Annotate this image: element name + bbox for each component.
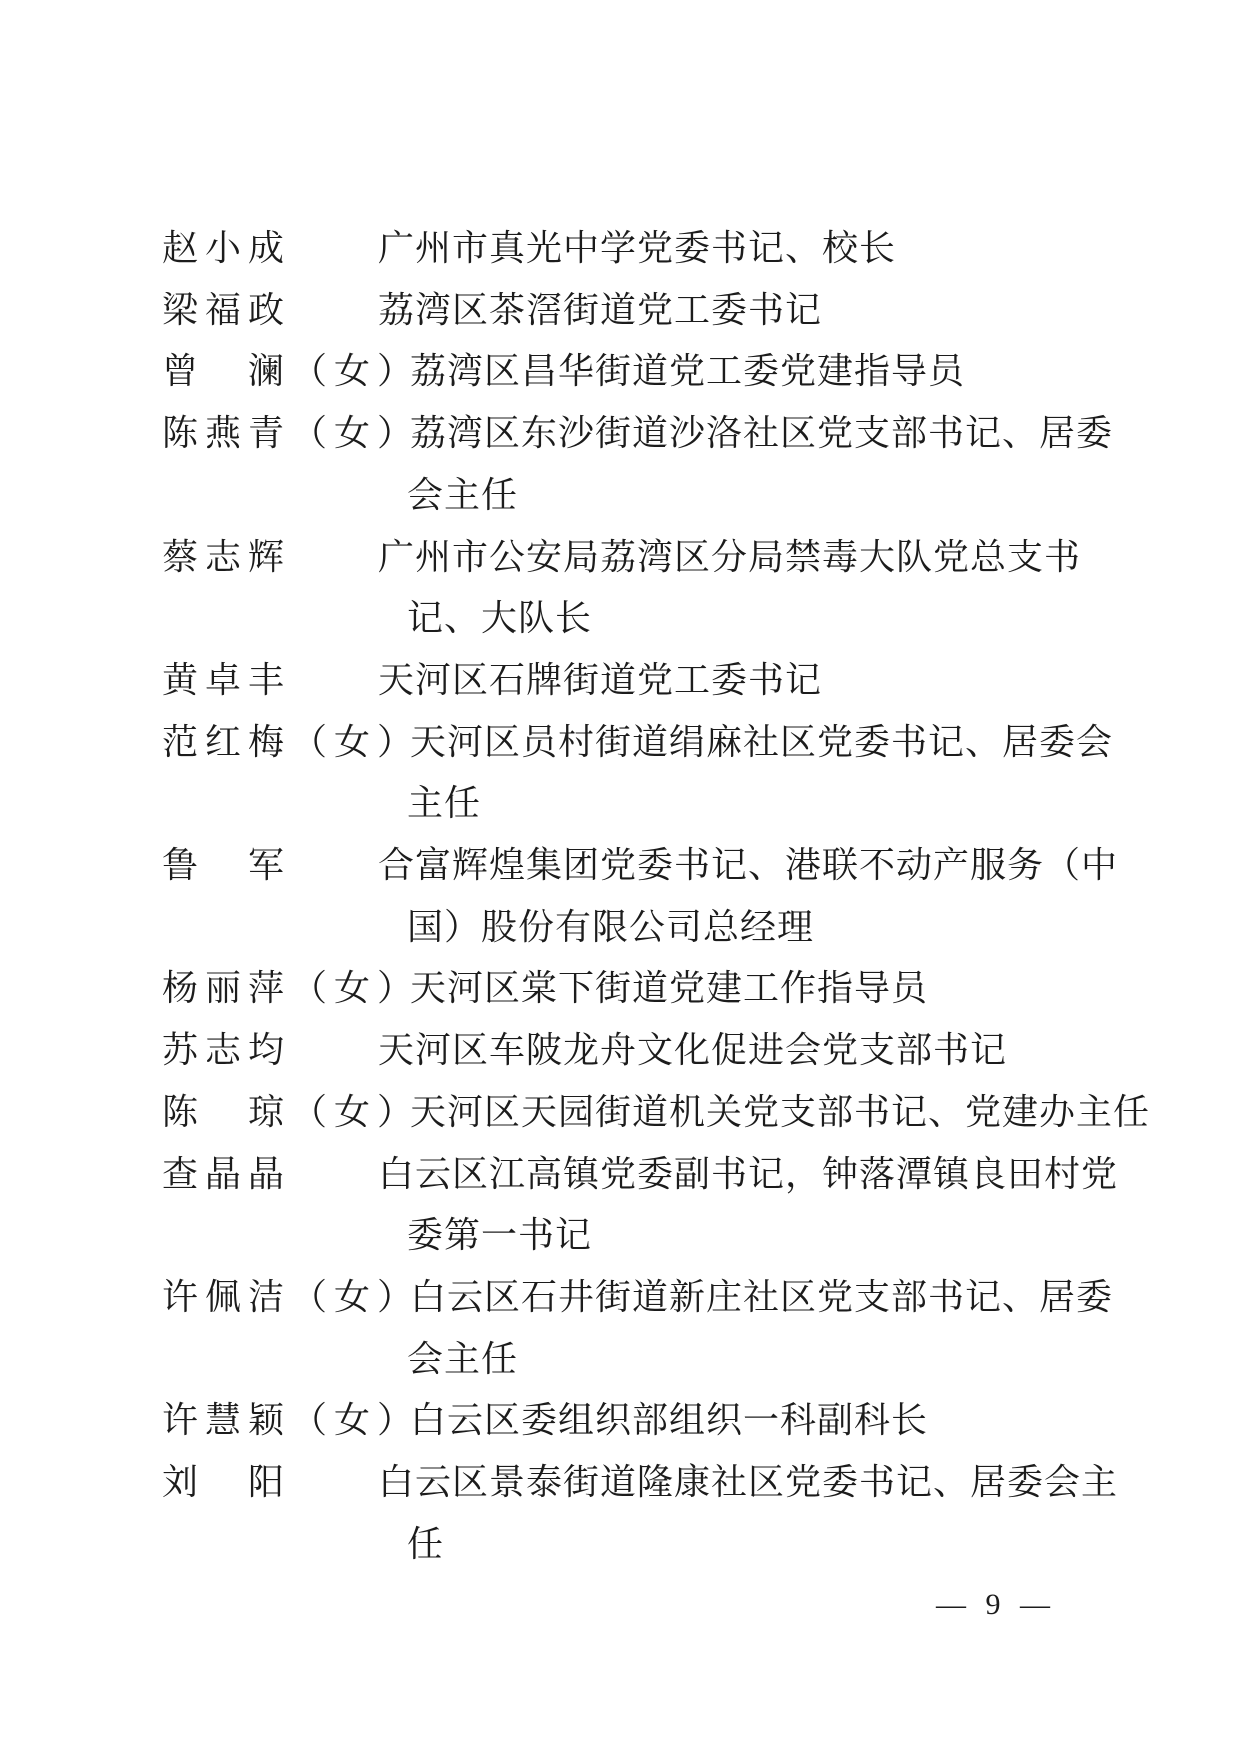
position-title-line: 荔湾区昌华街道党工委党建指导员 (410, 353, 965, 389)
position-title-line: 广州市真光中学党委书记、校长 (378, 230, 896, 266)
person-name: 蔡志辉 (162, 539, 291, 575)
position-title-line: 白云区景泰街道隆康社区党委书记、居委会主 (378, 1464, 1118, 1500)
position-title-line: 广州市公安局荔湾区分局禁毒大队党总支书 (378, 539, 1081, 575)
position-title-continuation: 主任 (407, 785, 481, 821)
person-name: 鲁 军 (162, 847, 291, 883)
position-title-continuation: 国）股份有限公司总经理 (407, 909, 814, 945)
position-title-line: 荔湾区东沙街道沙洛社区党支部书记、居委 (410, 415, 1113, 451)
person-name: 刘 阳 (162, 1464, 291, 1500)
position-title-line: 天河区石牌街道党工委书记 (378, 662, 822, 698)
person-name: 赵小成 (162, 230, 291, 266)
person-name: 杨丽萍（女） (162, 970, 420, 1006)
position-title-line: 荔湾区茶滘街道党工委书记 (378, 292, 822, 328)
position-title-continuation: 委第一书记 (407, 1217, 592, 1253)
position-title-line: 白云区江高镇党委副书记，钟落潭镇良田村党 (378, 1156, 1118, 1192)
position-title-line: 天河区员村街道绢麻社区党委书记、居委会 (410, 724, 1113, 760)
person-name: 曾 澜（女） (162, 353, 420, 389)
position-title-continuation: 记、大队长 (407, 600, 592, 636)
position-title-continuation: 任 (407, 1526, 444, 1562)
person-name: 许佩洁（女） (162, 1279, 420, 1315)
position-title-line: 合富辉煌集团党委书记、港联不动产服务（中 (378, 847, 1118, 883)
person-name: 梁福政 (162, 292, 291, 328)
position-title-line: 白云区石井街道新庄社区党支部书记、居委 (410, 1279, 1113, 1315)
position-title-line: 白云区委组织部组织一科副科长 (410, 1402, 928, 1438)
position-title-line: 天河区棠下街道党建工作指导员 (410, 970, 928, 1006)
person-name: 苏志均 (162, 1032, 291, 1068)
position-title-line: 天河区天园街道机关党支部书记、党建办主任 (410, 1094, 1150, 1130)
person-name: 黄卓丰 (162, 662, 291, 698)
position-title-continuation: 会主任 (407, 477, 518, 513)
page-number: — 9 — (936, 1590, 1052, 1620)
person-name: 许慧颖（女） (162, 1402, 420, 1438)
person-name: 查晶晶 (162, 1156, 291, 1192)
document-page: 赵小成广州市真光中学党委书记、校长梁福政荔湾区茶滘街道党工委书记曾 澜（女）荔湾… (0, 0, 1240, 1754)
position-title-continuation: 会主任 (407, 1341, 518, 1377)
position-title-line: 天河区车陂龙舟文化促进会党支部书记 (378, 1032, 1007, 1068)
person-name: 陈燕青（女） (162, 415, 420, 451)
person-name: 范红梅（女） (162, 724, 420, 760)
person-name: 陈 琼（女） (162, 1094, 420, 1130)
